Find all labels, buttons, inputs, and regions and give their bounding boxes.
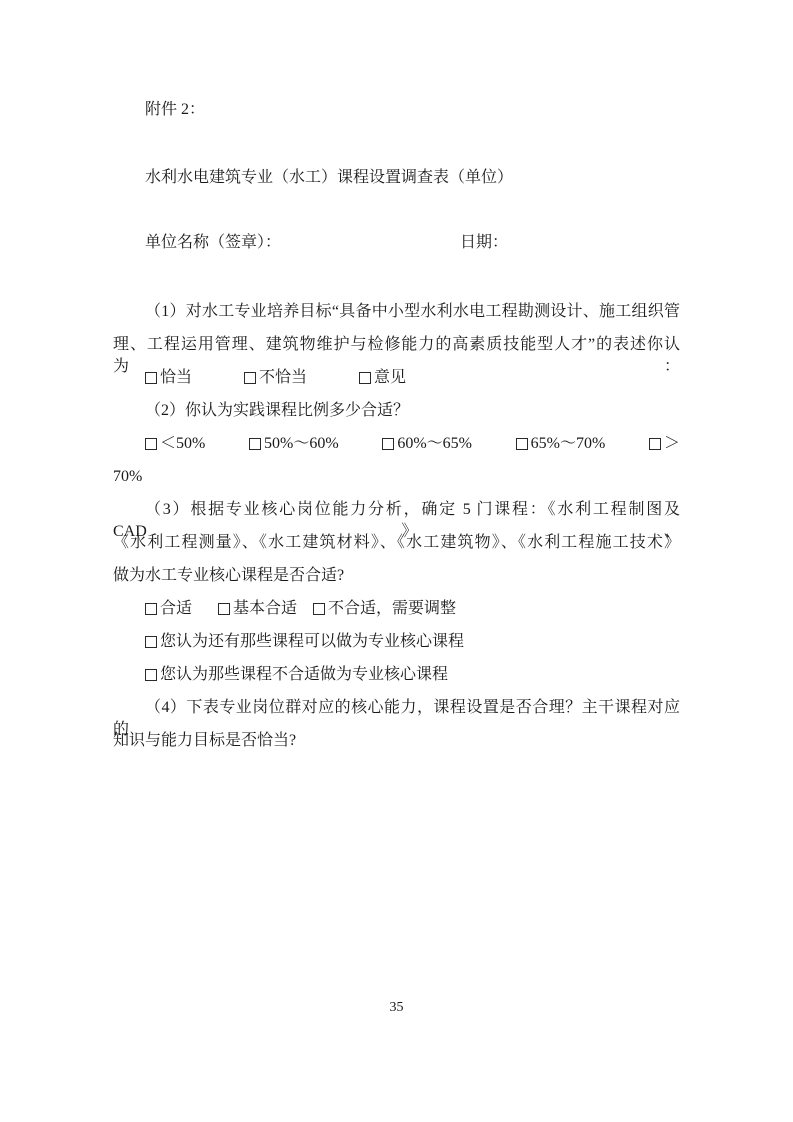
option-label: 65%～70% xyxy=(531,433,606,455)
option-label: 50%～60% xyxy=(264,433,339,455)
date-label: 日期： xyxy=(460,232,508,254)
document-title: 水利水电建筑专业（水工）课程设置调查表（单位） xyxy=(145,167,513,189)
q3-option-suitable[interactable]: 合适 xyxy=(145,598,192,620)
checkbox-icon[interactable] xyxy=(145,669,157,681)
unit-name-label: 单位名称（签章）： xyxy=(145,232,281,254)
checkbox-icon[interactable] xyxy=(145,372,157,384)
option-label: 恰当 xyxy=(160,367,192,389)
checkbox-icon[interactable] xyxy=(313,603,325,615)
option-label: 60%～65% xyxy=(397,433,472,455)
option-label: 意见 xyxy=(374,367,406,389)
question-2-options-row: ＜50% 50%～60% 60%～65% 65%～70% ＞ xyxy=(145,433,680,455)
option-label: ＞ xyxy=(664,433,680,455)
option-label: 基本合适 xyxy=(233,598,297,620)
question-1-line-1: （1）对水工专业培养目标“具备中小型水利水电工程勘测设计、施工组织管 xyxy=(113,301,680,323)
option-label: 不恰当 xyxy=(259,367,307,389)
q1-option-inappropriate[interactable]: 不恰当 xyxy=(244,367,307,389)
option-label: 您认为还有那些课程可以做为专业核心课程 xyxy=(160,631,464,653)
q1-option-appropriate[interactable]: 恰当 xyxy=(145,367,192,389)
option-label: 合适 xyxy=(160,598,192,620)
checkbox-icon[interactable] xyxy=(218,603,230,615)
q3-option-needs-adjustment[interactable]: 不合适，需要调整 xyxy=(313,598,456,620)
question-3-line-3: 做为水工专业核心课程是否合适? xyxy=(113,565,344,587)
page-number: 35 xyxy=(113,997,680,1019)
question-3-options-row: 合适 基本合适 不合适，需要调整 xyxy=(145,598,456,622)
checkbox-icon[interactable] xyxy=(359,372,371,384)
q3-open-option-unsuitable-courses[interactable]: 您认为那些课程不合适做为专业核心课程 xyxy=(145,664,448,688)
question-3-line-2: 《水利工程测量》、《水工建筑材料》、《水工建筑物》、《水利工程施工技术》 xyxy=(113,532,680,554)
q2-option-60-65[interactable]: 60%～65% xyxy=(382,433,472,455)
option-label: ＜50% xyxy=(160,433,205,455)
q3-open-option-additional-courses[interactable]: 您认为还有那些课程可以做为专业核心课程 xyxy=(145,631,464,655)
checkbox-icon[interactable] xyxy=(249,438,261,450)
checkbox-icon[interactable] xyxy=(145,636,157,648)
q2-option-gt70[interactable]: ＞ xyxy=(649,433,680,455)
question-2-prompt: （2）你认为实践课程比例多少合适？ xyxy=(113,400,409,422)
option-label: 您认为那些课程不合适做为专业核心课程 xyxy=(160,664,448,686)
checkbox-icon[interactable] xyxy=(244,372,256,384)
checkbox-icon[interactable] xyxy=(649,438,661,450)
q3-option-basically-suitable[interactable]: 基本合适 xyxy=(218,598,297,620)
question-4-line-2: 知识与能力目标是否恰当? xyxy=(113,730,296,752)
q2-option-50-60[interactable]: 50%～60% xyxy=(249,433,339,455)
document-page: 附件 2： 水利水电建筑专业（水工）课程设置调查表（单位） 单位名称（签章）： … xyxy=(0,0,793,1122)
attachment-label: 附件 2： xyxy=(145,99,205,121)
option-label: 不合适，需要调整 xyxy=(328,598,456,620)
question-1-options-row: 恰当 不恰当 意见 xyxy=(145,367,406,391)
checkbox-icon[interactable] xyxy=(382,438,394,450)
checkbox-icon[interactable] xyxy=(145,603,157,615)
q2-option-65-70[interactable]: 65%～70% xyxy=(516,433,606,455)
checkbox-icon[interactable] xyxy=(516,438,528,450)
q2-option-lt50[interactable]: ＜50% xyxy=(145,433,205,455)
q1-option-opinion[interactable]: 意见 xyxy=(359,367,406,389)
checkbox-icon[interactable] xyxy=(145,438,157,450)
question-2-option-wrap-text: 70% xyxy=(113,466,142,488)
